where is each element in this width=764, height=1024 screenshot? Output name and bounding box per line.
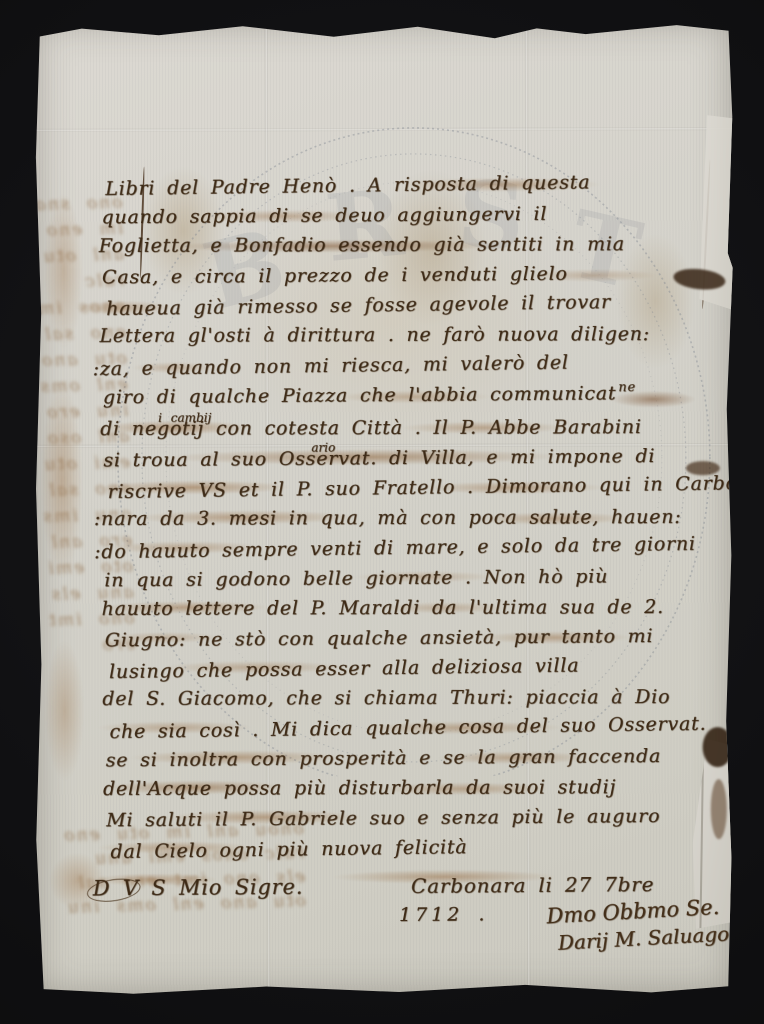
letter-line: dell'Acque possa più disturbarla da suoi… [103, 772, 702, 804]
manuscript-letter-photo: B R S T ono sna im eno anl otu ralc onos… [0, 0, 764, 1024]
letter-paper-sheet: B R S T ono sna im eno anl otu ralc onos… [33, 19, 736, 996]
signature-block: Dmo Obbmo Se. Darij M. Saluago [546, 891, 764, 957]
letter-line: se si inoltra con prosperità e se la gra… [106, 741, 702, 776]
letter-line: hauuto lettere del P. Maraldi da l'ultim… [102, 592, 701, 624]
letter-line: i cambij di negotij con cotesta Città . … [100, 412, 699, 444]
letter-line: Foglietta, e Bonfadio essendo già sentit… [99, 229, 698, 261]
letter-line-text: si troua al suo Osservat. di Villa, e mi… [103, 445, 655, 471]
superscript-i-cambij: i cambij [158, 403, 211, 433]
horizontal-fold-crease [33, 127, 733, 132]
ink-blot [703, 727, 733, 767]
place-dateline: Carbonara li 27 7bre [411, 872, 654, 898]
superscript-ario: ario [311, 432, 335, 462]
superscript-ne: ne [618, 380, 636, 395]
letter-body: Libri del Padre Henò . A risposta di que… [101, 168, 703, 933]
letter-line: quando sappia di se deuo aggiungervi il [101, 198, 697, 233]
ink-blot [711, 779, 727, 839]
letter-line: in qua si godono belle giornate . Non hò… [104, 561, 700, 596]
